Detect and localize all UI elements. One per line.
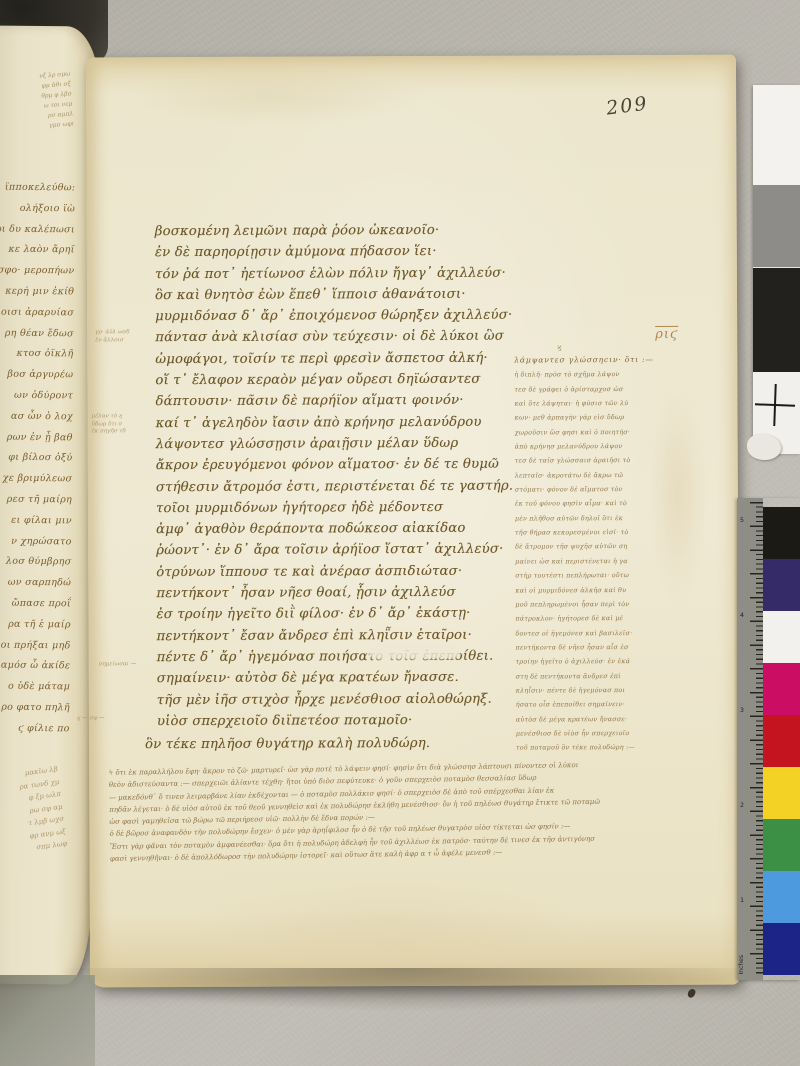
left-folio-bottom-scholia: μακϊω λβρα τωνδ χμφ ξμ ωλπρω σφ αμτ λμβ … bbox=[0, 763, 68, 860]
text-line: λάψοντεσ γλώσσῃσιν ἀραιῇσιν μέλαν ὕδωρ bbox=[156, 432, 534, 455]
text-line: μενέσθιοσ δὲ υἱὸσ ἦν σπερχειοῖο bbox=[516, 726, 656, 741]
bottom-scholia: ϟ ὅτι ἐκ παραλλήλου ἔφη· ἄκρον τὸ ζῶ· μα… bbox=[108, 757, 694, 865]
ruler-number: 3 bbox=[740, 706, 744, 714]
right-margin-scholia: λάμψαντεσ γλώσσηϲιν· ὅτι :—ἡ διπλῆ· πρὸσ… bbox=[514, 353, 656, 755]
text-line: ἐν δὲ παρηορίῃσιν ἀμύμονα πήδασον ἵει· bbox=[155, 241, 533, 264]
text-line: κε λαὸν ἄρηϊ bbox=[0, 240, 75, 262]
text-line: πεντήκοντ᾽ ἦσαν νῆεσ θοαί, ᾗσιν ἀχιλλεύσ bbox=[156, 582, 534, 605]
color-patch-strip bbox=[763, 507, 800, 975]
text-line: σφο· μεροπήων bbox=[0, 261, 75, 283]
text-line: τόν ῥά ποτ᾽ ἠετίωνοσ ἑλὼν πόλιν ἤγαγ᾽ ἀχ… bbox=[155, 262, 533, 285]
text-line: οισι ἀραρυίασ bbox=[0, 302, 74, 324]
calibration-patch bbox=[763, 611, 800, 663]
text-line: μὲν πλῆθοσ αὐτῶν δηλοῖ ὅτι ἐκ bbox=[515, 511, 655, 526]
parchment-stain bbox=[647, 385, 708, 605]
text-line: πέντε δ᾽ ἄρ᾽ ἡγεμόνασ ποιήσατο τοῖσ ἐπεπ… bbox=[157, 645, 535, 668]
text-line: στόματι· φόνον δὲ αἵματοσ τὸν bbox=[515, 482, 655, 497]
text-line: σημείωσαι ⁓ bbox=[99, 661, 159, 669]
calibration-patch bbox=[753, 85, 800, 185]
grayscale-calibration-bar bbox=[753, 85, 800, 453]
text-line: ο ὐδὲ μάταμ bbox=[0, 677, 70, 699]
text-line: αμόσ ὦ ἀκίδε bbox=[0, 656, 70, 678]
text-line: ήσατο οἷσ ἐπεποίθει σημαίνειν· bbox=[516, 697, 656, 712]
ruler-number: 1 bbox=[740, 896, 744, 904]
margin-gloss: γρ· ἀϋλ ωσδἐν ἄλλοισ bbox=[95, 329, 149, 344]
text-line: κληῗσιν· πέντε δὲ ἡγεμόνασ ποι bbox=[516, 683, 656, 698]
text-line: στη δὲ πεντήκοντα ἄνδρεσ ἐπὶ bbox=[516, 669, 656, 684]
text-line: στήθεσιν ἄτρομόσ ἐστι, περιστένεται δέ τ… bbox=[156, 475, 534, 498]
erasure-smudge bbox=[369, 644, 461, 659]
text-line: σημαίνειν· αὐτὸσ δὲ μέγα κρατέων ἤνασσε. bbox=[157, 667, 535, 690]
text-line: τοῦ ποταμοῦ ὃν τέκε πολυδώρη :— bbox=[516, 740, 656, 755]
text-line: ἐκ τοῦ φόνου φησὶν αἷμα· καὶ τὸ bbox=[515, 496, 655, 511]
text-line: ϊπποκελεύθω: bbox=[0, 177, 75, 199]
text-line: κερή μιν ἐκίθ bbox=[0, 281, 74, 303]
text-line: καί τ᾽ ἀγεληδὸν ἴασιν ἀπὸ κρήνησ μελανύδ… bbox=[156, 411, 534, 434]
manuscript-page: 209 βοσκομένη λειμῶνι παρὰ ῥόον ὠκεανοῖο… bbox=[86, 55, 740, 988]
text-line: βοσκομένη λειμῶνι παρὰ ῥόον ὠκεανοῖο· bbox=[155, 219, 533, 242]
text-line: ἀπὸ κρήνησ μελανύδρου λάψον bbox=[515, 439, 655, 454]
text-line: τεσ δὲ γράφει ὁ ἀρίσταρχοσ ὡσ bbox=[514, 382, 654, 397]
folio-number: 209 bbox=[605, 92, 650, 119]
inch-ruler: 5 4 3 2 1 Inches bbox=[737, 498, 763, 980]
calibration-patch bbox=[753, 267, 800, 372]
text-line: ἀμφ᾽ ἀγαθὸν θεράποντα ποδώκεοσ αἰακίδαο bbox=[156, 518, 534, 541]
text-line: ὀτρύνων ἵππουσ τε καὶ ἀνέρασ ἀσπιδιώτασ· bbox=[156, 560, 534, 583]
text-line: χωροῦσιν ὥσ φησι καὶ ὁ ποιητήσ· bbox=[515, 425, 655, 440]
text-line: ων σαρπηδώ bbox=[0, 573, 71, 595]
text-line: λοσ θύμβρησ bbox=[0, 552, 72, 574]
text-line: ὤπασε προΐ bbox=[0, 593, 71, 615]
text-line: βοσ ἀργυρέω bbox=[0, 365, 73, 387]
text-line: πεντήκοντα δὲ νῆεσ ἦσαν αἷσ ἐσ bbox=[516, 640, 656, 655]
text-line: δὲ ἄτρομον τῆσ ψυχῆσ αὐτῶν ση bbox=[515, 539, 655, 554]
calibration-patch bbox=[753, 185, 800, 267]
ruler-number: 5 bbox=[740, 516, 744, 524]
calibration-patch bbox=[753, 372, 800, 454]
left-folio-top-scholia: νξ λρ σμωφμ ἀθι σξθρμ φ λβσω τοι νεμρσ α… bbox=[0, 69, 74, 134]
text-line: τῆσ θήρασ κεκορεσμένοι εἰσί· τὸ bbox=[515, 525, 655, 540]
text-line: ρα τῆ ἑ μαίρ bbox=[0, 614, 71, 636]
text-line: ὠμοφάγοι, τοῖσίν τε περὶ φρεσὶν ἄσπετοσ … bbox=[155, 347, 533, 370]
calibration-patch bbox=[763, 923, 800, 975]
margin-gloss: σημείωσαι ⁓ bbox=[99, 661, 159, 669]
text-line: οἵ τ᾽ ἔλαφον κεραὸν μέγαν οὔρεσι δηϊώσαν… bbox=[155, 369, 533, 392]
text-line: χε βριμύλεωσ bbox=[0, 469, 72, 491]
margin-gloss: ϗ ⁓ σφ ⁓ bbox=[77, 715, 123, 723]
text-line: ασ ὧν ὁ λοχ bbox=[0, 406, 73, 428]
text-line: ϛ φίλιε πο bbox=[0, 718, 70, 740]
text-line: στὴρ τουτέστι πεπλήρωται· οὕτω bbox=[515, 568, 655, 583]
parchment-stain bbox=[190, 875, 590, 967]
text-line: μοῦ πεπληρωμένοι ἦσαν περὶ τὸν bbox=[515, 597, 655, 612]
calibration-patch bbox=[763, 871, 800, 923]
text-line: τεσ δὲ ταῖσ γλώσσαισ ἀραιῆσι τὸ bbox=[515, 453, 655, 468]
scholia-reference-mark: ϗ bbox=[557, 343, 561, 351]
text-line: ἐν ἄλλοισ bbox=[95, 337, 149, 345]
ruler-number: 2 bbox=[740, 801, 744, 809]
book-shadow bbox=[55, 968, 755, 1012]
text-line: κων· μεθ ἁρπαγὴν γὰρ εἰσ ὕδωρ bbox=[515, 410, 655, 425]
text-line: ἐσ τροίην ἡγεῖτο διῒ φίλοσ· ἐν δ᾽ ἄρ᾽ ἑκ… bbox=[156, 603, 534, 626]
text-line: ἡ διπλῆ· πρὸσ τὸ σχῆμα λάψον bbox=[514, 367, 654, 382]
text-line: τῆσ μὲν ἰῆσ στιχὸσ ἦρχε μενέσθιοσ αἰολοθ… bbox=[157, 688, 535, 711]
quire-mark: ριϛ bbox=[655, 327, 678, 342]
text-line: λάμψαντεσ γλώσσηϲιν· ὅτι :— bbox=[514, 353, 654, 368]
calibration-patch bbox=[763, 767, 800, 819]
paper-fragment bbox=[747, 434, 781, 460]
text-line: ολήξοιο ϊὼ bbox=[0, 198, 75, 220]
calibration-patch bbox=[763, 507, 800, 559]
calibration-patch bbox=[763, 559, 800, 611]
text-line: ῥώοντ᾽· ἐν δ᾽ ἄρα τοῖσιν ἀρήϊοσ ἵστατ᾽ ἀ… bbox=[156, 539, 534, 562]
text-line: φι βίλοσ ὀξύ bbox=[0, 448, 73, 470]
margin-gloss: μέλαν τὸ ϗὕδωρ ὅτι σἐκ πηγῆσ τδ bbox=[92, 413, 148, 436]
text-line: ἄκρον ἐρευγόμενοι φόνον αἵματοσ· ἐν δέ τ… bbox=[156, 454, 534, 477]
text-line: ϗ ⁓ σφ ⁓ bbox=[77, 715, 123, 723]
text-line: ει φίλαι μιν bbox=[0, 510, 72, 532]
text-line: τροίην ἡγεῖτο ὁ ἀχιλλεύσ· ἐν ἑκά bbox=[516, 654, 656, 669]
text-line: πάτροκλον· ἡγήτορεσ δὲ καὶ μέ bbox=[515, 611, 655, 626]
left-folio-line-endings: ϊπποκελεύθω:ολήξοιο ϊὼφι δυ καλέπωσικε λ… bbox=[0, 177, 75, 739]
ruler-inches-label: Inches bbox=[738, 955, 745, 975]
text-line: οι πρήξαι μηδ bbox=[0, 635, 71, 657]
calibration-patch bbox=[763, 715, 800, 767]
text-line: πεντήκοντ᾽ ἔσαν ἄνδρεσ ἐπὶ κληῗσιν ἑταῖρ… bbox=[156, 624, 534, 647]
text-line: ρων ἐν ᾗ βαθ bbox=[0, 427, 73, 449]
text-line: ρεσ τῆ μαίρη bbox=[0, 489, 72, 511]
text-line: αὐτὸσ δὲ μέγα κρατέων ἤνασσε· bbox=[516, 712, 656, 727]
ruler-number: 4 bbox=[740, 611, 744, 619]
text-line: τοῖοι μυρμιδόνων ἡγήτορεσ ἠδὲ μέδοντεσ bbox=[156, 496, 534, 519]
calibration-patch bbox=[763, 819, 800, 871]
text-line: πάντασ ἀνὰ κλισίασ σὺν τεύχεσιν· οἱ δὲ λ… bbox=[155, 326, 533, 349]
color-calibration-bar: 5 4 3 2 1 Inches bbox=[737, 498, 800, 980]
iliad-text-block: βοσκομένη λειμῶνι παρὰ ῥόον ὠκεανοῖο·ἐν … bbox=[155, 219, 535, 755]
text-line: κτοσ ὀϊκλῆ bbox=[0, 344, 74, 366]
text-line: ὃν τέκε πηλῆοσ θυγάτηρ καλὴ πολυδώρη. bbox=[145, 733, 535, 756]
text-line: ων ὀδύροντ bbox=[0, 385, 73, 407]
parchment-stain bbox=[126, 66, 426, 127]
text-line: δοντεσ οἱ ἡγεμόνεσ καὶ βασιλεῖσ· bbox=[515, 625, 655, 640]
text-line: δάπτουσιν· πᾶσιν δὲ παρήϊον αἵματι φοινό… bbox=[155, 390, 533, 413]
text-line: ρο φατο πηλῆ bbox=[0, 697, 70, 719]
text-line: ὃσ καὶ θνητὸσ ἐὼν ἕπεθ᾽ ἵπποισ ἀθανάτοισ… bbox=[155, 283, 533, 306]
text-line: φι δυ καλέπωσι bbox=[0, 219, 75, 241]
manuscript-photo: νξ λρ σμωφμ ἀθι σξθρμ φ λβσω τοι νεμρσ α… bbox=[0, 0, 800, 1066]
calibration-patch bbox=[763, 663, 800, 715]
text-line: λεπταῖσ· ἀκροτάτω δὲ ἄκρω τῶ bbox=[515, 468, 655, 483]
text-line: καὶ οἱ μυρμιδόνεσ ἀλκῆσ καὶ θυ bbox=[515, 582, 655, 597]
text-line: ρη θέαν ἔδωσ bbox=[0, 323, 74, 345]
text-line: ν χηρώσατο bbox=[0, 531, 72, 553]
text-line: ἐκ πηγῆσ τδ bbox=[92, 428, 148, 436]
text-line: υἱὸσ σπερχειοῖο διϊπετέοσ ποταμοῖο· bbox=[157, 709, 535, 732]
text-line: καὶ ὅτε λάψηται· ἡ φύσισ τῶν λύ bbox=[514, 396, 654, 411]
support-cloth bbox=[0, 975, 95, 1066]
text-line: μυρμιδόνασ δ᾽ ἄρ᾽ ἐποιχόμενοσ θώρηξεν ἀχ… bbox=[155, 305, 533, 328]
text-line: μαίνει ὡσ καὶ περιστένεται ἡ γα bbox=[515, 554, 655, 569]
